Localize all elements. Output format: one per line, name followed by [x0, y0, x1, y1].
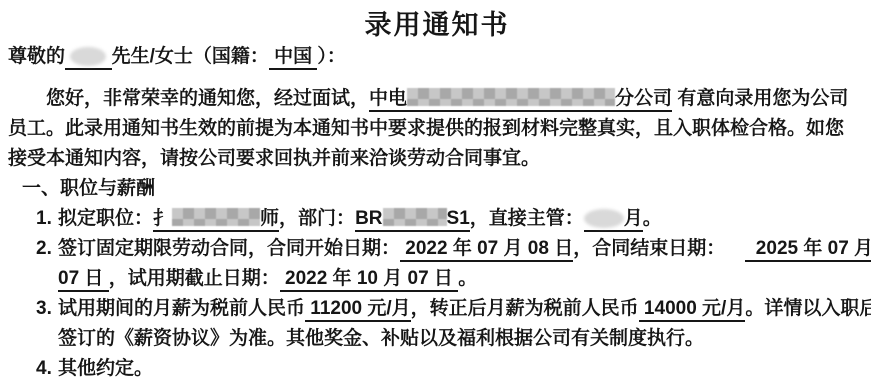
department-field: BRS1	[355, 208, 470, 232]
text-run: 扌	[153, 208, 172, 229]
position-field: 扌师	[153, 208, 279, 232]
text-run: 签订固定期限劳动合同，合同开始日期：	[58, 238, 400, 259]
probation-end-date-field: 2022 年 10 月 07 日	[280, 268, 459, 292]
probation-salary-field: 11200 元/月	[305, 298, 411, 322]
text-run: S1	[447, 208, 470, 229]
text-run: 先生/女士（国籍：	[112, 46, 269, 67]
text-run: 2022 年 07 月 08 日	[400, 238, 573, 259]
document-title: 录用通知书	[8, 0, 866, 42]
redaction-mosaic	[407, 88, 615, 106]
text-run: 。	[458, 268, 477, 289]
text-run: 员工。此录用通知书生效的前提为本通知书中要求提供的报到材料完整真实，且入职体检合…	[8, 118, 844, 139]
regular-salary-field: 14000 元/月	[639, 298, 746, 322]
nationality-field: 中国	[269, 46, 318, 70]
text-run: 师	[260, 208, 279, 229]
contract-end-date-field: 2025 年 07 月	[745, 238, 871, 262]
text-run: 中国	[269, 46, 318, 67]
recipient-name-field	[65, 46, 112, 70]
intro-line-3: 接受本通知内容，请按公司要求回执并前来洽谈劳动合同事宜。	[8, 144, 866, 174]
list-number: 1.	[36, 204, 52, 234]
redaction-blur-blob	[70, 47, 106, 66]
text-run: 。	[643, 208, 662, 229]
contract-end-date-field-continued: 07 日	[58, 268, 109, 292]
text-run: 尊敬的	[8, 46, 65, 67]
text-run: ，部门：	[279, 208, 355, 229]
intro-line-1: 您好，非常荣幸的通知您，经过面试，中电分公司 有意向录用您为公司	[8, 84, 866, 114]
text-run: 月	[624, 208, 643, 229]
text-run: 签订的《薪资协议》为准。其他奖金、补贴以及福利根据公司有关制度执行。	[58, 328, 704, 349]
text-run: 试用期间的月薪为税前人民币	[58, 298, 305, 319]
item-4-other: 4.其他约定。	[8, 354, 866, 380]
document-body: 尊敬的 先生/女士（国籍： 中国 ）：您好，非常荣幸的通知您，经过面试，中电分公…	[8, 42, 866, 380]
text-run: 分公司	[615, 88, 672, 109]
list-number: 4.	[36, 354, 52, 380]
text-run: 一、职位与薪酬	[22, 178, 155, 199]
text-run: 07 日	[58, 268, 109, 289]
text-run: 11200 元/月	[305, 298, 411, 319]
section-heading: 一、职位与薪酬	[8, 174, 866, 204]
list-number: 2.	[36, 234, 52, 264]
text-run: 有意向录用您为公司	[672, 88, 848, 109]
text-run: 接受本通知内容，请按公司要求回执并前来洽谈劳动合同事宜。	[8, 148, 540, 169]
text-run: 其他约定。	[58, 358, 153, 379]
text-run: ）：	[317, 46, 346, 67]
redaction-mosaic	[383, 208, 447, 226]
list-number: 3.	[36, 294, 52, 324]
item-2-contract-dates-line-2: 07 日 ，试用期截止日期： 2022 年 10 月 07 日 。	[8, 264, 866, 294]
intro-line-2: 员工。此录用通知书生效的前提为本通知书中要求提供的报到材料完整真实，且入职体检合…	[8, 114, 866, 144]
company-name-field: 中电分公司	[369, 88, 672, 112]
supervisor-field: 月	[584, 208, 643, 232]
text-run: ，合同结束日期：	[573, 238, 725, 259]
item-2-contract-dates-line-1: 2.签订固定期限劳动合同，合同开始日期： 2022 年 07 月 08 日，合同…	[8, 234, 866, 264]
contract-start-date-field: 2022 年 07 月 08 日	[400, 238, 573, 262]
greeting-line: 尊敬的 先生/女士（国籍： 中国 ）：	[8, 42, 866, 72]
text-run: ，试用期截止日期：	[109, 268, 280, 289]
text-run: BR	[355, 208, 382, 229]
text-run: 2025 年 07 月	[745, 238, 871, 259]
item-3-salary-line-2: 签订的《薪资协议》为准。其他奖金、补贴以及福利根据公司有关制度执行。	[8, 324, 866, 354]
text-run: ，转正后月薪为税前人民币	[411, 298, 639, 319]
item-3-salary-line-1: 3.试用期间的月薪为税前人民币 11200 元/月，转正后月薪为税前人民币 14…	[8, 294, 866, 324]
redaction-blur-blob	[584, 209, 624, 228]
text-run: 2022 年 10 月 07 日	[280, 268, 459, 289]
offer-letter-document: 录用通知书 尊敬的 先生/女士（国籍： 中国 ）：您好，非常荣幸的通知您，经过面…	[0, 0, 871, 380]
item-1-position: 1.拟定职位：扌师，部门：BRS1，直接主管：月。	[8, 204, 866, 234]
text-run: 14000 元/月	[639, 298, 746, 319]
text-run: 您好，非常荣幸的通知您，经过面试，	[46, 88, 369, 109]
redaction-mosaic	[172, 208, 260, 226]
text-run: ，直接主管：	[470, 208, 584, 229]
text-run: 拟定职位：	[58, 208, 153, 229]
text-run: 中电	[369, 88, 407, 109]
text-run: 。详情以入职后	[745, 298, 871, 319]
